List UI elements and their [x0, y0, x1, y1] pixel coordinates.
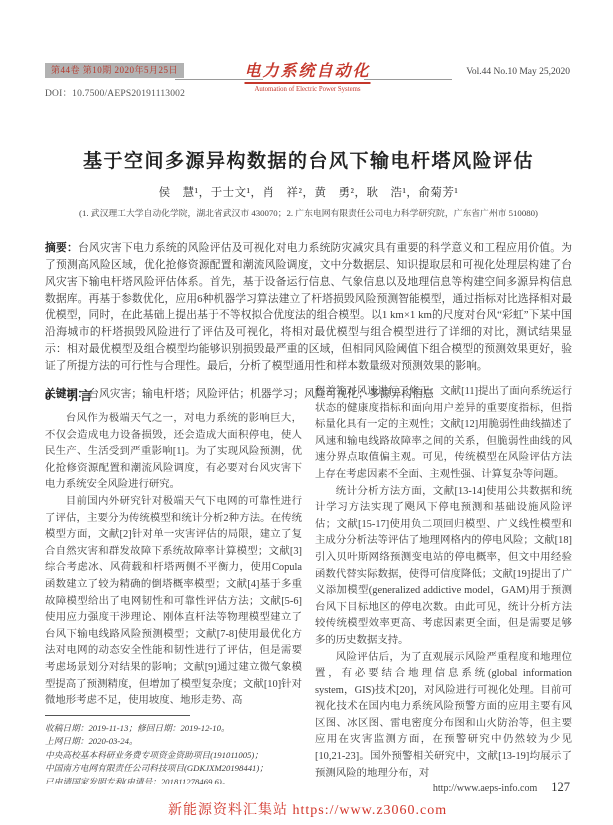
journal-name-cn: 电力系统自动化	[244, 58, 370, 84]
journal-logo: 电力系统自动化 Automation of Electric Power Sys…	[220, 58, 395, 93]
page-footer: http://www.aeps-info.com127	[433, 780, 570, 795]
page-number: 127	[551, 780, 570, 794]
section-number: 0	[45, 389, 52, 403]
footnote-funding-1: 中央高校基本科研业务费专项资金资助项目(191011005)；	[45, 749, 302, 763]
footer-url: http://www.aeps-info.com	[433, 783, 537, 794]
footnote-funding-2: 中国南方电网有限责任公司科技项目(GDKJXM20198441)；	[45, 762, 302, 776]
abstract-paragraph: 摘要：台风灾害下电力系统的风险评估及可视化对电力系统防灾减灾具有重要的科学意义和…	[45, 240, 572, 375]
watermark-text: 新能源资料汇集站 https://www.z3060.com	[168, 799, 447, 819]
article-title: 基于空间多源异构数据的台风下输电杆塔风险评估	[45, 146, 572, 173]
affiliation-line: (1. 武汉理工大学自动化学院，湖北省武汉市 430070；2. 广东电网有限责…	[45, 206, 572, 219]
left-column: 0引言 台风作为极端天气之一，对电力系统的影响巨大，不仅会造成电力设备损毁，还会…	[45, 384, 302, 784]
footnote-received-date: 收稿日期：2019-11-13；修回日期：2019-12-10。	[45, 722, 302, 736]
body-paragraph: 目前国内外研究针对极端天气下电网的可靠性进行了评估，主要分为传统模型和统计分析2…	[45, 494, 302, 710]
title-block: 基于空间多源异构数据的台风下输电杆塔风险评估 侯 慧¹，于士文¹，肖 祥²，黄 …	[45, 146, 572, 219]
section-title: 引言	[66, 389, 93, 403]
body-paragraph: 台风作为极端天气之一，对电力系统的影响巨大，不仅会造成电力设备损毁，还会造成大面…	[45, 411, 302, 494]
journal-name-en: Automation of Electric Power Systems	[220, 86, 395, 93]
volume-info-en: Vol.44 No.10 May 25,2020	[466, 67, 570, 77]
body-paragraph: 程差等对风速进行了修正；文献[11]提出了面向系统运行状态的健康度指标和面向用户…	[315, 384, 572, 484]
footnote-patent: 已申请国家发明专利(申请号：201811278469.6)。	[45, 776, 302, 784]
body-columns: 0引言 台风作为极端天气之一，对电力系统的影响巨大，不仅会造成电力设备损毁，还会…	[45, 384, 572, 784]
journal-page: 第44卷 第10期 2020年5月25日 DOI：10.7500/AEPS201…	[0, 0, 613, 825]
issue-info-badge: 第44卷 第10期 2020年5月25日	[45, 63, 184, 78]
page-header: 第44卷 第10期 2020年5月25日 DOI：10.7500/AEPS201…	[45, 58, 570, 106]
footnote-block: 收稿日期：2019-11-13；修回日期：2019-12-10。 上网日期：20…	[45, 710, 302, 784]
body-paragraph: 风险评估后，为了直观展示风险严重程度和地理位置，有必要结合地理信息系统(glob…	[315, 650, 572, 783]
abstract-text: 台风灾害下电力系统的风险评估及可视化对电力系统防灾减灾具有重要的科学意义和工程应…	[45, 242, 572, 372]
section-heading: 0引言	[45, 386, 302, 404]
footnote-online-date: 上网日期：2020-03-24。	[45, 735, 302, 749]
footnote-divider	[45, 715, 190, 716]
right-column: 程差等对风速进行了修正；文献[11]提出了面向系统运行状态的健康度指标和面向用户…	[315, 384, 572, 784]
body-paragraph: 统计分析方法方面，文献[13-14]使用公共数据和统计学习方法实现了飓风下停电预…	[315, 484, 572, 650]
doi-text: DOI：10.7500/AEPS20191113002	[45, 85, 185, 99]
author-line: 侯 慧¹，于士文¹，肖 祥²，黄 勇²，耿 浩¹，俞菊芳¹	[45, 184, 572, 200]
abstract-label: 摘要：	[45, 242, 78, 254]
